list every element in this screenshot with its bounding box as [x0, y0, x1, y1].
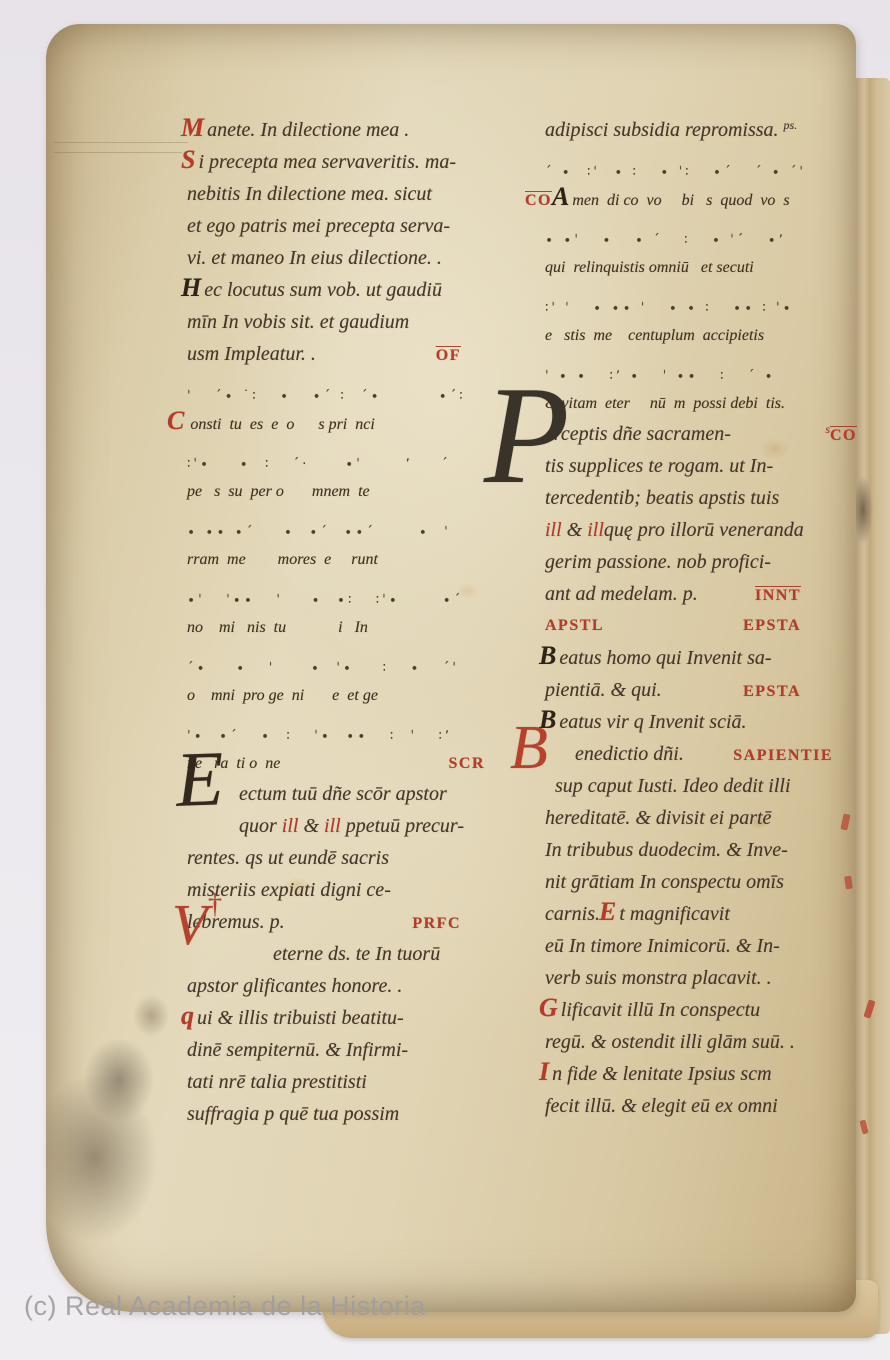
margin-mark [863, 999, 875, 1018]
text-run: o mni pro ge ni e et ge [187, 683, 378, 709]
manuscript-text-line: quor ill & ill ppetuū precur- [187, 811, 485, 843]
monogram-v: V [172, 892, 207, 957]
manuscript-text-line: Manete. In dilectione mea . [187, 115, 485, 147]
text-run: adipisci subsidia repromissa. [545, 115, 784, 145]
text-run: pe s su per o mnem te [187, 479, 370, 505]
initial-letter: S [181, 150, 195, 170]
manuscript-text-line: tati nrē talia prestitisti [187, 1067, 485, 1099]
manuscript-photo: Manete. In dilectione mea .Si precepta m… [0, 0, 890, 1360]
manuscript-text-line: sup caput Iusti. Ideo dedit illi [545, 771, 857, 803]
initial-letter: M [181, 118, 204, 138]
manuscript-text-line: carnis. Et magnificavit [545, 899, 857, 931]
text-run: ∶ˈ∙ ∙ ∶ ˊ· ∙ˈ ʼ ˊ [187, 456, 451, 474]
manuscript-text-line: ectum tuū dñe scōr apstor [187, 779, 485, 811]
manuscript-text-line: eterne ds. te In tuorū [187, 939, 485, 971]
manuscript-text-line: usm Impleatur. .OF [187, 339, 485, 371]
text-column-left: Manete. In dilectione mea .Si precepta m… [187, 115, 485, 1131]
manuscript-text-line: & vitam eter nū m possi debi tis. [545, 391, 857, 419]
text-run: nebitis In dilectione mea. sicut [187, 179, 432, 209]
text-run: & [298, 811, 324, 841]
initial-letter: I [539, 1062, 549, 1082]
manuscript-text-line: ant ad medelam. p.INNT [545, 579, 857, 611]
text-run: ∙ ∙∙ ∙ˊ ∙ ∙ˊ ∙∙ˊ ∙ ˈ [187, 524, 451, 542]
manuscript-text-line: vi. et maneo In eius dilectione. . [187, 243, 485, 275]
text-run: In tribubus duodecim. & Inve- [545, 835, 788, 865]
text-run: carnis. [545, 899, 605, 929]
text-run: ˈ∙ ∙ˊ ∙ ∶ ˈ∙ ∙∙ ∶ ˈ ∶ʼ [187, 728, 452, 746]
text-run: mīn In vobis sit. et gaudium [187, 307, 409, 337]
manuscript-text-line: lebremus. p.PRFC [187, 907, 485, 939]
rubric-text: ill [587, 515, 604, 545]
manuscript-text-line: ne ra ti o neSCR [187, 751, 485, 779]
text-run: fecit illū. & elegit eū ex omni [545, 1091, 778, 1121]
text-run: n fide & lenitate Ipsius scm [552, 1059, 771, 1089]
margin-mark [859, 1119, 868, 1134]
manuscript-text-line: erceptis dñe sacramen-sCO [545, 419, 857, 451]
neume-line: ∶ˈ∙ ∙ ∶ ˊ· ∙ˈ ʼ ˊ [187, 439, 485, 479]
text-run: pientiā. & qui. [545, 675, 662, 705]
ruling-line [54, 142, 188, 143]
manuscript-text-line: In tribubus duodecim. & Inve- [545, 835, 857, 867]
text-run: lificavit illū In conspectu [561, 995, 760, 1025]
cross-icon: † [208, 894, 222, 916]
manuscript-text-line: hereditatē. & divisit ei partē [545, 803, 857, 835]
manuscript-text-line: enedictio dñi.SAPIENTIE [545, 739, 857, 771]
copyright-watermark: (c) Real Academia de la Historia [24, 1291, 426, 1322]
text-run: vi. et maneo In eius dilectione. . [187, 243, 442, 273]
rubric: SCR [448, 751, 485, 777]
manuscript-text-line: rentes. qs ut eundē sacris [187, 843, 485, 875]
rubric: CO [830, 421, 857, 451]
illuminated-initial-e: E [175, 747, 225, 811]
text-run: verb suis monstra placavit. . [545, 963, 772, 993]
manuscript-text-line: Glificavit illū In conspectu [545, 995, 857, 1027]
rubric: EPSTA [743, 677, 801, 707]
manuscript-text-line: Hec locutus sum vob. ut gaudiū [187, 275, 485, 307]
manuscript-text-line: et ego patris mei precepta serva- [187, 211, 485, 243]
text-run: eatus vir q Invenit sciā. [559, 707, 746, 737]
text-run: gerim passione. nob profici- [545, 547, 771, 577]
manuscript-text-line: o mni pro ge ni e et ge [187, 683, 485, 711]
manuscript-text-line: rram me mores e runt [187, 547, 485, 575]
text-run: quor [239, 811, 282, 841]
manuscript-text-line: dinē sempiternū. & Infirmi- [187, 1035, 485, 1067]
text-run: qui relinquistis omniū et secuti [545, 255, 754, 281]
text-run: e stis me centuplum accipietis [545, 323, 764, 349]
rubric: INNT [755, 581, 801, 611]
rubric-text: ill [324, 811, 341, 841]
neume-line: ˈ ˊ∙ ˙∶ ∙ ∙ˊ ∶ ˊ∙ ∙ˊ∶ [187, 371, 485, 411]
superscript: s [825, 414, 830, 444]
text-run: quę pro illorū veneranda [604, 515, 804, 545]
rubric: EPSTA [743, 611, 801, 641]
text-run: erceptis dñe sacramen- [545, 419, 731, 449]
initial-letter: B [539, 646, 556, 666]
text-run: eū In timore Inimicorū. & In- [545, 931, 780, 961]
text-run: usm Impleatur. . [187, 339, 316, 369]
vere-dignum-monogram: V † [172, 902, 207, 948]
initial-letter: G [539, 998, 558, 1018]
text-run: ant ad medelam. p. [545, 579, 698, 609]
neume-line: ∙ ∙∙ ∙ˊ ∙ ∙ˊ ∙∙ˊ ∙ ˈ [187, 507, 485, 547]
manuscript-text-line: fecit illū. & elegit eū ex omni [545, 1091, 857, 1123]
text-run: hereditatē. & divisit ei partē [545, 803, 771, 833]
manuscript-text-line: qui & illis tribuisti beatitu- [187, 1003, 485, 1035]
text-run: eterne ds. te In tuorū [273, 939, 440, 969]
text-run: t magnificavit [619, 899, 730, 929]
neume-line: ˊ ∙ ∶ˈ ∙ ∶ ∙ ˈ∶ ∙ˊ ˊ ∙ ˊˈ [545, 147, 857, 187]
text-run: & vitam eter nū m possi debi tis. [545, 391, 785, 417]
text-run: anete. In dilectione mea . [207, 115, 409, 145]
initial-letter: H [181, 278, 201, 298]
neume-line: ∙ˈ ˈ∙∙ ˈ ∙ ∙∶ ∶ˈ∙ ∙ˊ [187, 575, 485, 615]
text-run: ui & illis tribuisti beatitu- [197, 1003, 404, 1033]
manuscript-text-line: Beatus homo qui Invenit sa- [545, 643, 857, 675]
text-run: nit grātiam In conspectu omīs [545, 867, 784, 897]
text-run: ˊ∙ ∙ ˈ ∙ ˈ∙ ∶ ∙ ˊˈ [187, 660, 459, 678]
illuminated-initial-p: P [484, 380, 570, 492]
manuscript-text-line: verb suis monstra placavit. . [545, 963, 857, 995]
neume-line: ˈ ∙ ∙ ∶ʼ ∙ ˈ ∙∙ ∶ ˊ ∙ [545, 351, 857, 391]
manuscript-text-line: suffragia p quē tua possim [187, 1099, 485, 1131]
rubric: SAPIENTIE [733, 741, 833, 771]
rubric: PRFC [412, 909, 461, 939]
manuscript-text-line: Consti tu es e o s pri nci [187, 411, 485, 439]
text-run: & [562, 515, 588, 545]
ruling-line [54, 152, 182, 153]
manuscript-text-line: pe s su per o mnem te [187, 479, 485, 507]
text-run: apstor glificantes honore. . [187, 971, 402, 1001]
manuscript-text-line: Si precepta mea servaveritis. ma- [187, 147, 485, 179]
rubric-text: ill [282, 811, 299, 841]
manuscript-text-line: mīn In vobis sit. et gaudium [187, 307, 485, 339]
text-run: sup caput Iusti. Ideo dedit illi [555, 771, 791, 801]
rubric-text: ill [545, 515, 562, 545]
text-run: regū. & ostendit illi glām suū. . [545, 1027, 795, 1057]
text-run: et ego patris mei precepta serva- [187, 211, 450, 241]
rubric: OF [436, 341, 461, 371]
manuscript-text-line: tercedentib; beatis apstis tuis [545, 483, 857, 515]
text-run: ˈ ∙ ∙ ∶ʼ ∙ ˈ ∙∙ ∶ ˊ ∙ [545, 368, 776, 386]
initial-letter: E [599, 902, 616, 922]
initial-letter: A [552, 187, 569, 207]
text-run: men di co vo bi s quod vo s [572, 188, 789, 214]
text-run: eatus homo qui Invenit sa- [559, 643, 771, 673]
text-run: ∙ˈ ˈ∙∙ ˈ ∙ ∙∶ ∶ˈ∙ ∙ˊ [187, 592, 463, 610]
rubric: APSTL [545, 611, 604, 641]
text-run: tercedentib; beatis apstis tuis [545, 483, 779, 513]
manuscript-text-line: ill & illquę pro illorū veneranda [545, 515, 857, 547]
text-run: ∶ˈ ˈ ∙ ∙∙ ˈ ∙ ∙ ∶ ∙∙ ∶ ˈ∙ [545, 300, 794, 318]
manuscript-text-line: adipisci subsidia repromissa. ps. [545, 115, 857, 147]
text-run: ˈ ˊ∙ ˙∶ ∙ ∙ˊ ∶ ˊ∙ ∙ˊ∶ [187, 388, 466, 406]
manuscript-text-line: gerim passione. nob profici- [545, 547, 857, 579]
neume-line: ˊ∙ ∙ ˈ ∙ ˈ∙ ∶ ∙ ˊˈ [187, 643, 485, 683]
text-run: rram me mores e runt [187, 547, 378, 573]
manuscript-text-line: tis supplices te rogam. ut In- [545, 451, 857, 483]
neume-line: ˈ∙ ∙ˊ ∙ ∶ ˈ∙ ∙∙ ∶ ˈ ∶ʼ [187, 711, 485, 751]
superscript: ps. [784, 110, 798, 140]
manuscript-text-line: apstor glificantes honore. . [187, 971, 485, 1003]
text-run: dinē sempiternū. & Infirmi- [187, 1035, 408, 1065]
manuscript-text-line: qui relinquistis omniū et secuti [545, 255, 857, 283]
manuscript-text-line: misteriis expiati digni ce- [187, 875, 485, 907]
manuscript-text-line: Beatus vir q Invenit sciā. [545, 707, 857, 739]
manuscript-text-line: pientiā. & qui.EPSTA [545, 675, 857, 707]
text-run: ∙ ∙ˈ ∙ ∙ ˊ ∶ ∙ ˈˊ ∙ʼ [545, 232, 786, 250]
manuscript-text-line: eū In timore Inimicorū. & In- [545, 931, 857, 963]
text-run: ectum tuū dñe scōr apstor [239, 779, 447, 809]
text-run: ˊ ∙ ∶ˈ ∙ ∶ ∙ ˈ∶ ∙ˊ ˊ ∙ ˊˈ [545, 164, 806, 182]
manuscript-text-line: regū. & ostendit illi glām suū. . [545, 1027, 857, 1059]
text-run: no mi nis tu i In [187, 615, 368, 641]
neume-line: ∶ˈ ˈ ∙ ∙∙ ˈ ∙ ∙ ∶ ∙∙ ∶ ˈ∙ [545, 283, 857, 323]
text-run: tis supplices te rogam. ut In- [545, 451, 773, 481]
parchment-page: Manete. In dilectione mea .Si precepta m… [46, 24, 856, 1312]
text-run: i precepta mea servaveritis. ma- [198, 147, 456, 177]
manuscript-text-line: e stis me centuplum accipietis [545, 323, 857, 351]
manuscript-text-line: no mi nis tu i In [187, 615, 485, 643]
text-run: enedictio dñi. [575, 739, 684, 769]
manuscript-text-line: In fide & lenitate Ipsius scm [545, 1059, 857, 1091]
manuscript-text-line: COAmen di co vo bi s quod vo s [545, 187, 857, 215]
text-run: onsti tu es e o s pri nci [190, 412, 374, 438]
manuscript-text-line: APSTLEPSTA [545, 611, 857, 643]
manuscript-text-line: nit grātiam In conspectu omīs [545, 867, 857, 899]
manuscript-text-line: nebitis In dilectione mea. sicut [187, 179, 485, 211]
rubric: CO [525, 188, 552, 214]
initial-letter: C [167, 411, 184, 431]
initial-letter: q [181, 1006, 194, 1026]
text-run: ppetuū precur- [341, 811, 464, 841]
text-run: suffragia p quē tua possim [187, 1099, 399, 1129]
text-run: tati nrē talia prestitisti [187, 1067, 367, 1097]
neume-line: ∙ ∙ˈ ∙ ∙ ˊ ∶ ∙ ˈˊ ∙ʼ [545, 215, 857, 255]
text-run: rentes. qs ut eundē sacris [187, 843, 389, 873]
text-run: ec locutus sum vob. ut gaudiū [204, 275, 442, 305]
illuminated-initial-b: B [510, 724, 548, 774]
text-column-right: adipisci subsidia repromissa. ps.ˊ ∙ ∶ˈ … [545, 115, 857, 1123]
